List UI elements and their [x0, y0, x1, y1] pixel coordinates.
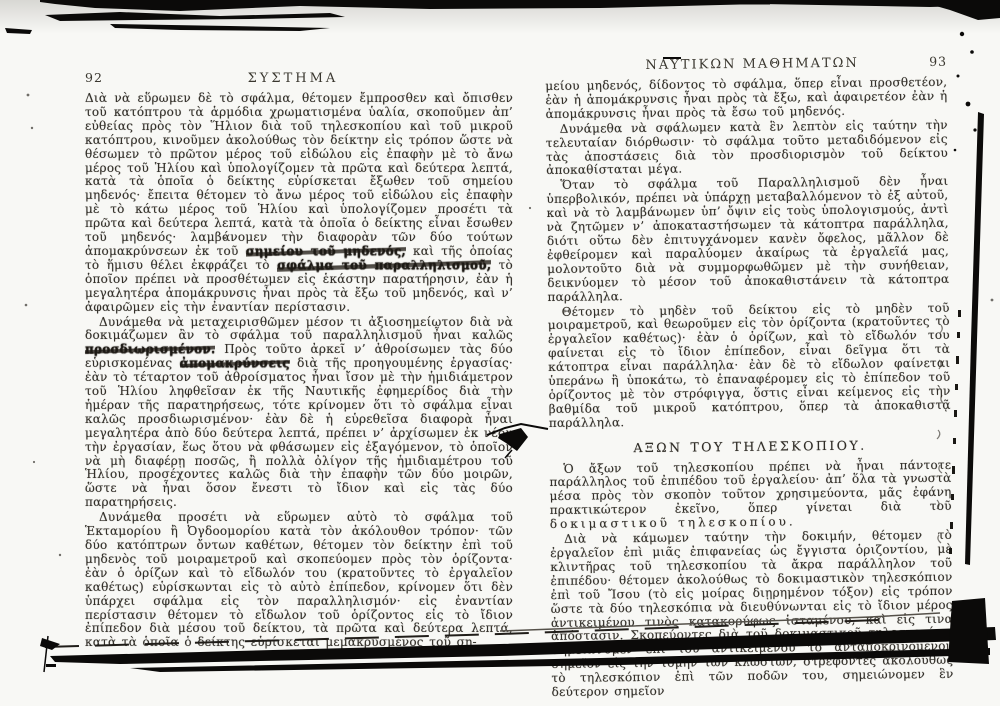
ink-smudged-text: σημείου τοῦ μηδενός,	[246, 244, 406, 258]
section-heading: ΑΞΩΝ ΤΟΥ ΤΗΛΕΣΚΟΠΙΟΥ.	[549, 437, 951, 455]
body-paragraph: Ὁ ἄξων τοῦ τηλεσκοπίου πρέπει νὰ ἦναι πά…	[549, 458, 952, 532]
ink-smudged-text: ἀπομακρύνσεις	[180, 356, 290, 370]
body-text: διὰ τῆς προηγουμένης ἐργασίας· ἐὰν τὸ τέ…	[85, 356, 513, 509]
left-page-number: 92	[85, 70, 103, 85]
body-paragraph: μείου μηδενός, δίδοντος τὸ σφάλμα, ὅπερ …	[545, 76, 947, 122]
scanned-book-spread: 92 ΣΥΣΤΗΜΑ Διὰ νὰ εὕρωμεν δὲ τὸ σφάλμα, …	[0, 0, 1000, 706]
body-paragraph: Δυνάμεθα προσέτι νὰ εὕρωμεν αὐτὸ τὸ σφάλ…	[85, 511, 513, 650]
body-text: Διὰ νὰ εὕρωμεν δὲ τὸ σφάλμα, θέτομεν ἔμπ…	[85, 91, 513, 258]
right-page-header: ΝΑΥΤΙΚΩΝ ΜΑΘΗΜΑΤΩΝ 93	[545, 54, 947, 74]
body-text: Δυνάμεθα προσέτι νὰ εὕρωμεν αὐτὸ τὸ σφάλ…	[85, 510, 513, 649]
ink-smudged-text: προσδιωρισμένον.	[85, 342, 215, 356]
body-text: Ὁ ἄξων τοῦ τηλεσκοπίου πρέπει νὰ ἦναι πά…	[549, 457, 951, 517]
emphasized-spaced-text: δοκιμαστικοῦ τηλεσκοπίου.	[550, 515, 796, 532]
ink-smudged-text: σφάλμα τοῦ παραλληλισμοῦ,	[277, 258, 491, 272]
left-running-title: ΣΥΣΤΗΜΑ	[103, 71, 483, 86]
body-text: μείου μηδενός, δίδοντος τὸ σφάλμα, ὅπερ …	[545, 75, 947, 121]
right-page-body: μείου μηδενός, δίδοντος τὸ σφάλμα, ὅπερ …	[545, 76, 953, 700]
left-page: 92 ΣΥΣΤΗΜΑ Διὰ νὰ εὕρωμεν δὲ τὸ σφάλμα, …	[85, 70, 513, 651]
body-paragraph: Διὰ νὰ εὕρωμεν δὲ τὸ σφάλμα, θέτομεν ἔμπ…	[85, 92, 513, 315]
body-paragraph: Ὅταν τὸ σφάλμα τοῦ Παραλληλισμοῦ δὲν ἦνα…	[546, 175, 949, 304]
body-text: Ὅταν τὸ σφάλμα τοῦ Παραλληλισμοῦ δὲν ἦνα…	[546, 174, 949, 303]
left-page-body: Διὰ νὰ εὕρωμεν δὲ τὸ σφάλμα, θέτομεν ἔμπ…	[85, 92, 513, 650]
scan-top-haze	[0, 0, 1000, 34]
right-page-number: 93	[929, 54, 947, 69]
right-page: ΝΑΥΤΙΚΩΝ ΜΑΘΗΜΑΤΩΝ 93 μείου μηδενός, δίδ…	[545, 54, 954, 701]
body-paragraph: Διὰ νὰ κάμωμεν ταύτην τὴν δοκιμήν, θέτομ…	[550, 529, 954, 700]
right-running-title: ΝΑΥΤΙΚΩΝ ΜΑΘΗΜΑΤΩΝ	[575, 55, 929, 74]
body-text: Δυνάμεθα νὰ σφάλωμεν κατὰ ἓν λεπτὸν εἰς …	[546, 118, 948, 178]
body-paragraph: Δυνάμεθα νὰ σφάλωμεν κατὰ ἓν λεπτὸν εἰς …	[546, 119, 949, 179]
body-paragraph: Δυνάμεθα νὰ μεταχειρισθῶμεν μέσον τι ἀξι…	[85, 316, 513, 511]
body-text: Θέτομεν τὸ μηδὲν τοῦ δείκτου εἰς τὸ μηδὲ…	[548, 300, 951, 429]
body-paragraph: Θέτομεν τὸ μηδὲν τοῦ δείκτου εἰς τὸ μηδὲ…	[548, 301, 951, 430]
left-page-header: 92 ΣΥΣΤΗΜΑ	[85, 70, 513, 86]
body-text: Διὰ νὰ κάμωμεν ταύτην τὴν δοκιμήν, θέτομ…	[550, 528, 953, 699]
body-text: Δυνάμεθα νὰ μεταχειρισθῶμεν μέσον τι ἀξι…	[85, 315, 513, 343]
